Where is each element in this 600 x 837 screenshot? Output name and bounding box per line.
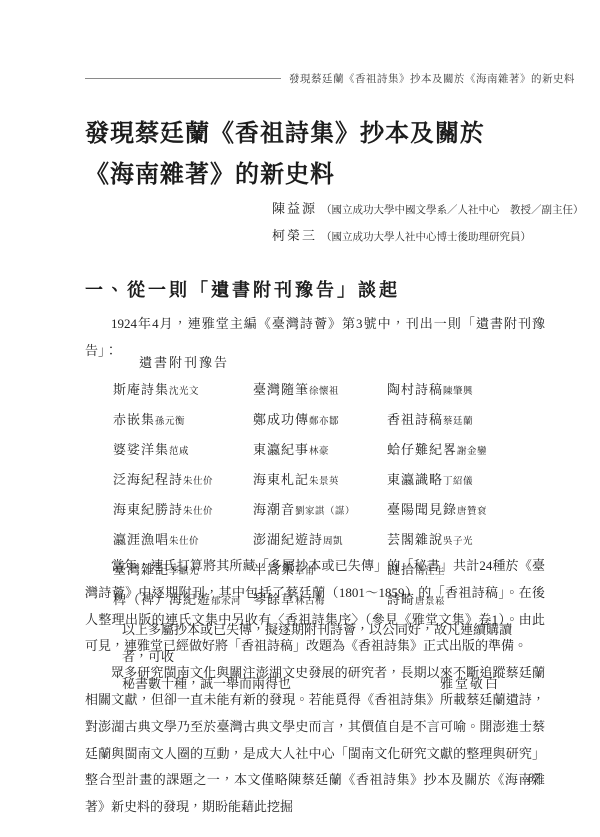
article-title: 發現蔡廷蘭《香祖詩集》抄本及關於 《海南雜著》的新史料 — [85, 114, 540, 196]
work-title: 泛海紀程詩 — [113, 472, 183, 487]
paragraph: 眾多研究閩南文化與關注澎湖文史發展的研究者，長期以來不斷追蹤蔡廷蘭相關文獻，但卻… — [85, 660, 545, 821]
header-rule — [85, 78, 281, 79]
notice-entry: 臺灣隨筆徐懷祖 — [253, 376, 387, 406]
work-title: 海東紀勝詩 — [113, 502, 183, 517]
work-author: 陳肇興 — [443, 387, 473, 397]
work-author: 沈光文 — [169, 387, 199, 397]
notice-title: 遺書附刊豫告 — [113, 349, 533, 376]
work-title: 瀛涯漁唱 — [113, 532, 169, 547]
notice-entry: 海東紀勝詩朱仕价 — [113, 496, 253, 526]
work-author: 朱景英 — [309, 477, 339, 487]
notice-entry: 澎湖紀遊詩周凱 — [253, 526, 387, 556]
work-title: 臺灣隨筆 — [253, 382, 309, 397]
notice-entry: 蛤仔難紀畧謝金鑾 — [387, 436, 533, 466]
author-affiliation: （國立成功大學人社中心博士後助理研究員） — [321, 232, 531, 243]
work-author: 孫元衡 — [155, 417, 185, 427]
running-header: 發現蔡廷蘭《香祖詩集》抄本及關於《海南雜著》的新史料 — [85, 71, 542, 86]
article-title-line2: 《海南雜著》的新史料 — [85, 155, 540, 196]
notice-entry: 臺陽聞見錄唐贊袞 — [387, 496, 533, 526]
work-title: 陶村詩稿 — [387, 382, 443, 397]
work-author: 朱仕价 — [169, 537, 199, 547]
notice-entry: 海東札記朱景英 — [253, 466, 387, 496]
notice-entry: 鄭成功傳鄭亦鄒 — [253, 406, 387, 436]
work-author: 劉家諆（謀） — [295, 507, 355, 517]
work-title: 芸閣雜說 — [387, 532, 443, 547]
work-author: 周凱 — [323, 537, 343, 547]
article-title-line1: 發現蔡廷蘭《香祖詩集》抄本及關於 — [85, 114, 540, 155]
work-title: 赤嵌集 — [113, 412, 155, 427]
work-title: 蛤仔難紀畧 — [387, 442, 457, 457]
work-author: 朱仕价 — [183, 477, 213, 487]
work-author: 朱仕价 — [183, 507, 213, 517]
author-line: 柯榮三 （國立成功大學人社中心博士後助理研究員） — [272, 226, 584, 253]
notice-entry: 東瀛紀事林豪 — [253, 436, 387, 466]
author-name: 柯榮三 — [272, 228, 317, 243]
work-author: 吳子光 — [443, 537, 473, 547]
work-title: 海東札記 — [253, 472, 309, 487]
work-title: 臺陽聞見錄 — [387, 502, 457, 517]
document-page: 發現蔡廷蘭《香祖詩集》抄本及關於《海南雜著》的新史料 發現蔡廷蘭《香祖詩集》抄本… — [0, 0, 600, 837]
work-author: 蔡廷蘭 — [443, 417, 473, 427]
notice-entry: 芸閣雜說吳子光 — [387, 526, 533, 556]
body-paragraphs: 當年，連氏打算將其所藏「多屬抄本或已失傳」的「秘書」共計24種於《臺灣詩薈》中逐… — [85, 553, 545, 821]
work-author: 范咸 — [169, 447, 189, 457]
work-author: 林豪 — [309, 447, 329, 457]
running-title: 發現蔡廷蘭《香祖詩集》抄本及關於《海南雜著》的新史料 — [289, 71, 575, 86]
notice-entry: 婆娑洋集范咸 — [113, 436, 253, 466]
notice-entry: 瀛涯漁唱朱仕价 — [113, 526, 253, 556]
work-title: 澎湖紀遊詩 — [253, 532, 323, 547]
work-author: 徐懷祖 — [309, 387, 339, 397]
work-author: 謝金鑾 — [457, 447, 487, 457]
notice-entry: 海潮音劉家諆（謀） — [253, 496, 387, 526]
work-title: 東瀛紀事 — [253, 442, 309, 457]
work-author: 鄭亦鄒 — [309, 417, 339, 427]
notice-entry: 香祖詩稿蔡廷蘭 — [387, 406, 533, 436]
notice-entry: 赤嵌集孫元衡 — [113, 406, 253, 436]
author-name: 陳益源 — [272, 201, 317, 216]
page-number: 87 — [528, 771, 541, 786]
work-title: 鄭成功傳 — [253, 412, 309, 427]
work-author: 唐贊袞 — [457, 507, 487, 517]
notice-entry: 東瀛識略丁紹儀 — [387, 466, 533, 496]
section-heading: 一、從一則「遺書附刊豫告」談起 — [85, 276, 400, 302]
paragraph: 當年，連氏打算將其所藏「多屬抄本或已失傳」的「秘書」共計24種於《臺灣詩薈》中逐… — [85, 553, 545, 660]
work-title: 婆娑洋集 — [113, 442, 169, 457]
notice-entry: 斯庵詩集沈光文 — [113, 376, 253, 406]
author-affiliation: （國立成功大學中國文學系／人社中心 教授／副主任） — [321, 205, 584, 216]
notice-entry: 泛海紀程詩朱仕价 — [113, 466, 253, 496]
author-line: 陳益源 （國立成功大學中國文學系／人社中心 教授／副主任） — [272, 199, 584, 226]
notice-entry: 陶村詩稿陳肇興 — [387, 376, 533, 406]
work-title: 香祖詩稿 — [387, 412, 443, 427]
work-title: 斯庵詩集 — [113, 382, 169, 397]
work-author: 丁紹儀 — [443, 477, 473, 487]
author-block: 陳益源 （國立成功大學中國文學系／人社中心 教授／副主任） 柯榮三 （國立成功大… — [272, 199, 584, 253]
work-title: 海潮音 — [253, 502, 295, 517]
work-title: 東瀛識略 — [387, 472, 443, 487]
